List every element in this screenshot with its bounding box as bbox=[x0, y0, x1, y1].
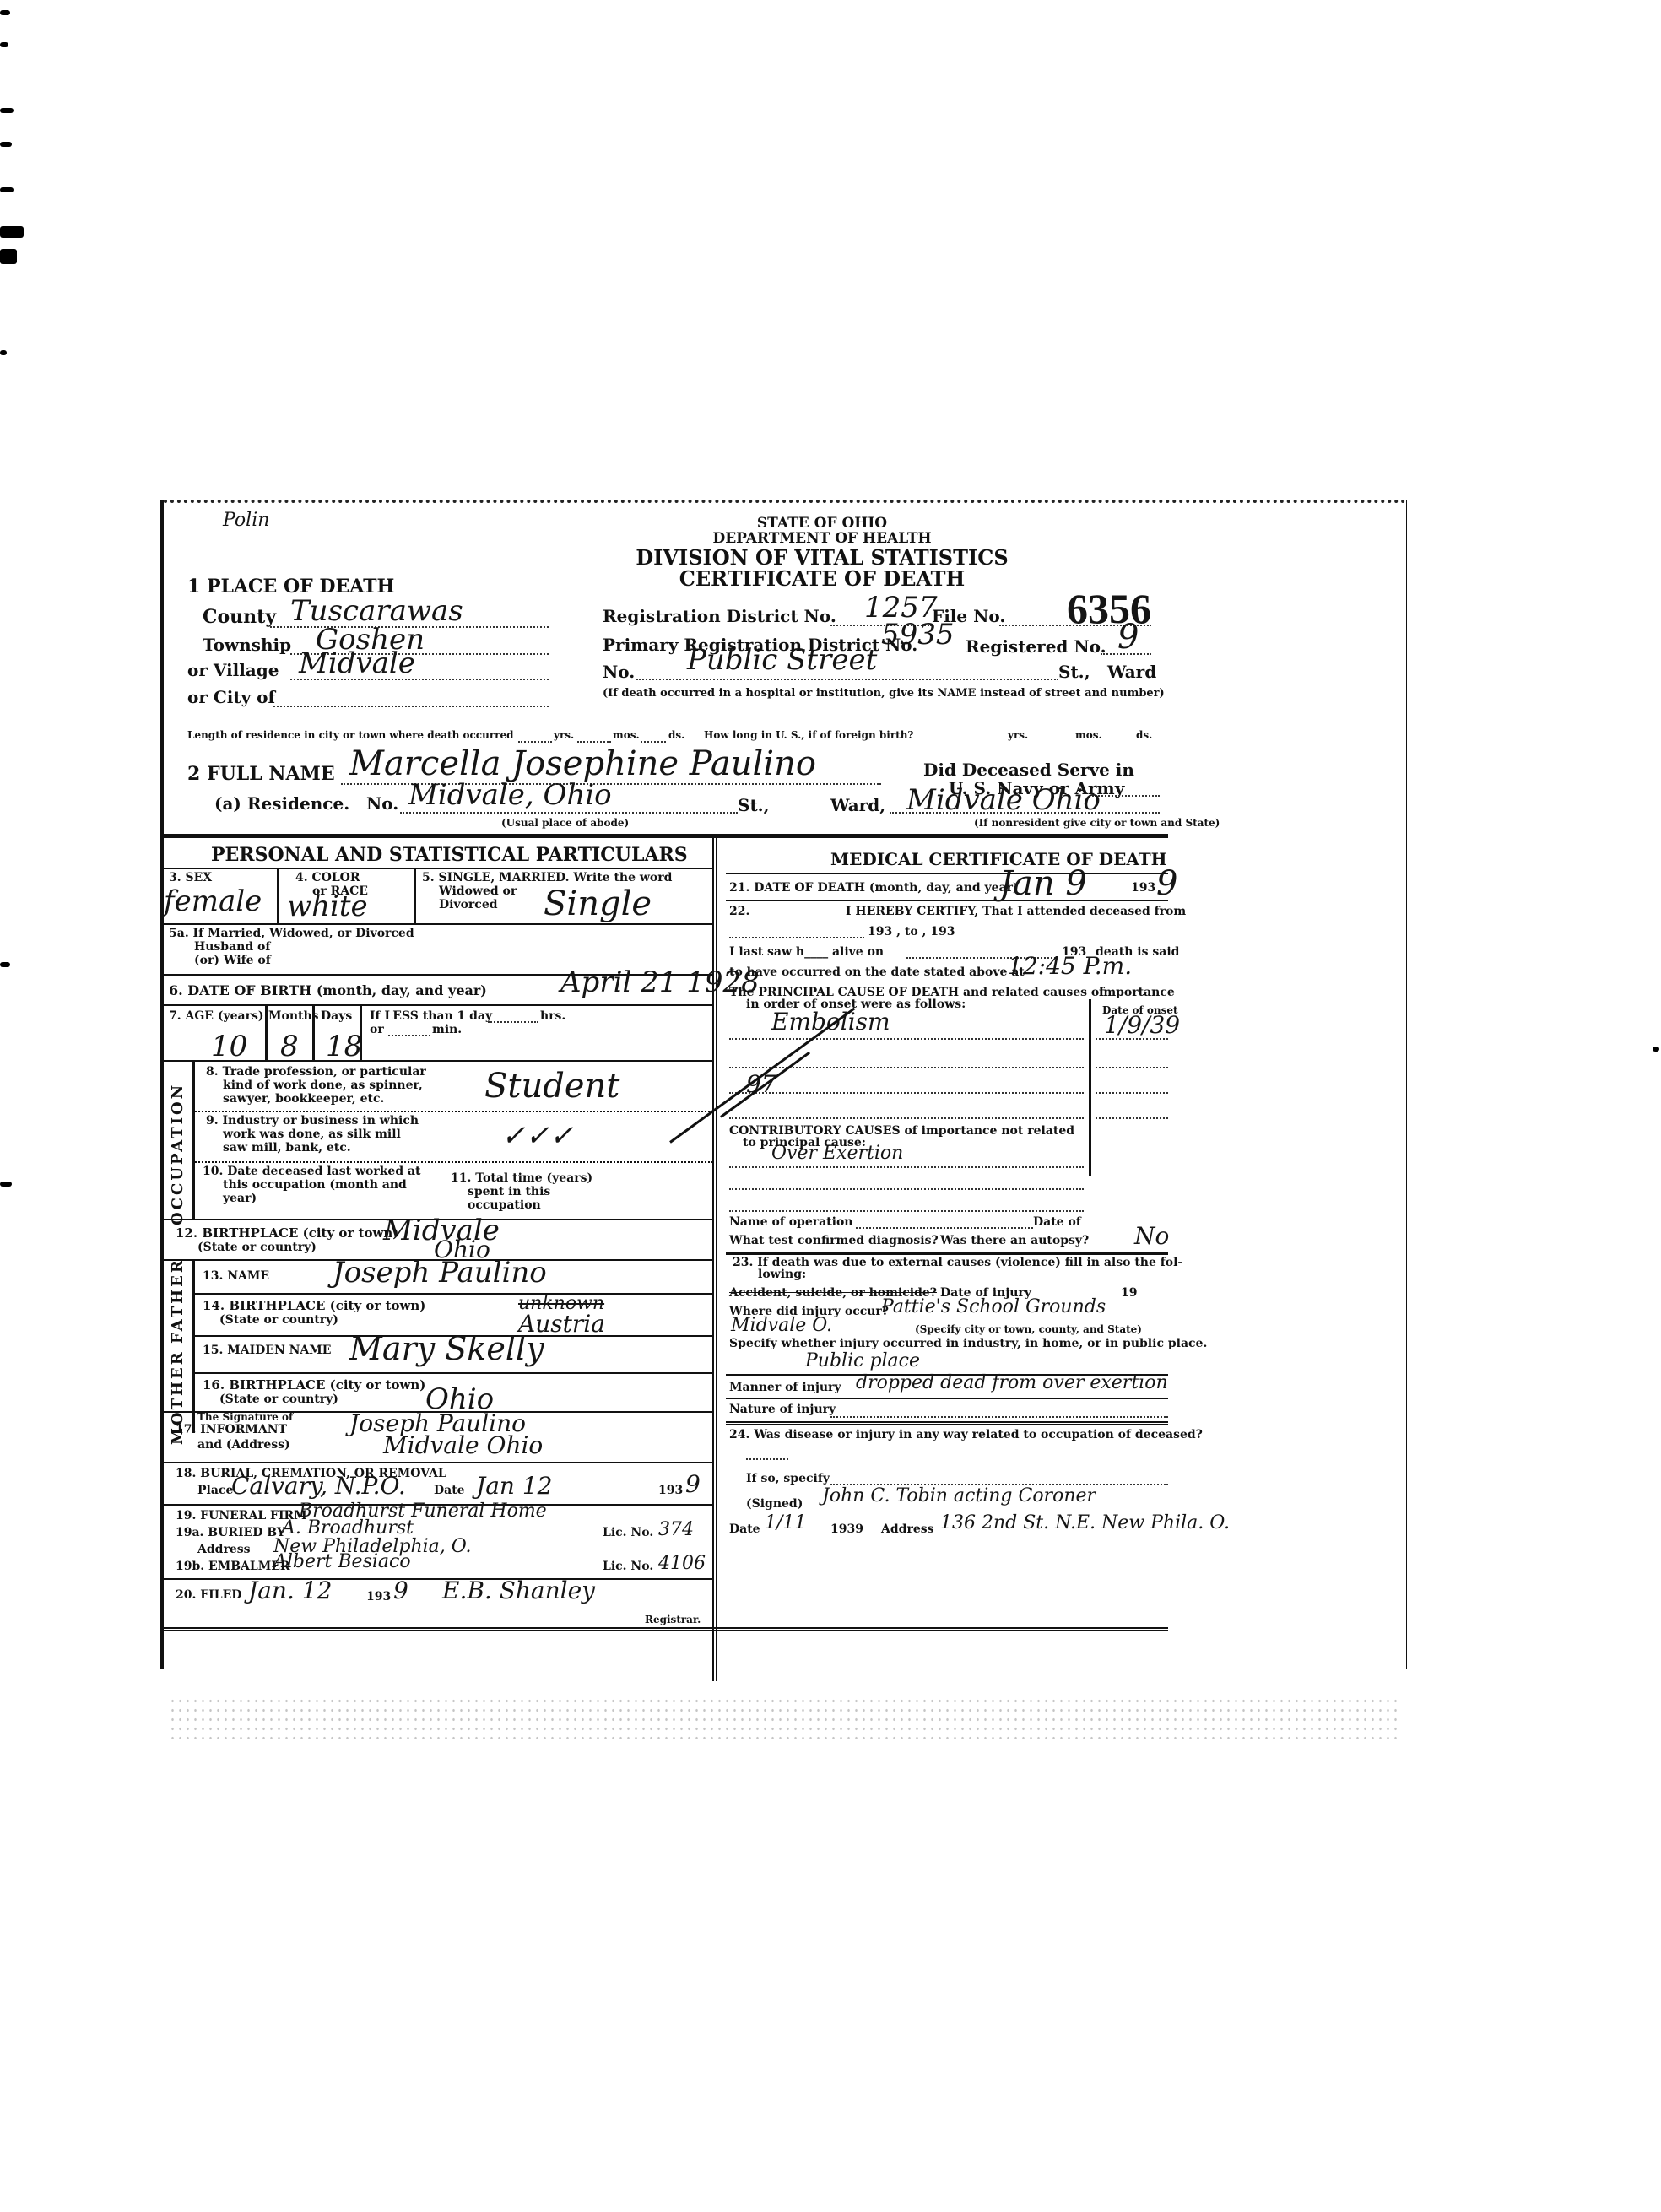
county-label: County bbox=[203, 606, 276, 628]
vrule bbox=[277, 868, 279, 923]
vrule bbox=[265, 1004, 268, 1060]
vrule bbox=[192, 1060, 195, 1220]
abode-note: (Usual place of abode) bbox=[501, 817, 629, 829]
street-no-label: No. bbox=[603, 662, 635, 682]
embalmer-lic-value: 4106 bbox=[658, 1553, 706, 1574]
if-so-label: If so, specify bbox=[746, 1472, 830, 1485]
medical-date-value: 1/11 bbox=[765, 1512, 806, 1533]
onset-value: 1/9/39 bbox=[1104, 1011, 1180, 1039]
burial-place-label: Place bbox=[197, 1484, 233, 1497]
autopsy-value: No bbox=[1134, 1222, 1169, 1250]
scan-mark bbox=[0, 962, 10, 967]
residence-no-label: No. bbox=[366, 793, 398, 814]
father-name-value: Joseph Paulino bbox=[333, 1256, 547, 1290]
vrule bbox=[192, 1259, 195, 1433]
scan-mark bbox=[0, 226, 24, 238]
certify-number: 22. bbox=[729, 905, 749, 918]
onset-line bbox=[1096, 1117, 1168, 1119]
onset-line bbox=[1096, 1067, 1168, 1068]
from-to-line: 193 , to , 193 bbox=[868, 925, 955, 938]
embalmer-value: Albert Besiaco bbox=[273, 1551, 411, 1572]
rule bbox=[192, 1161, 712, 1163]
mother-maiden-value: Mary Skelly bbox=[349, 1330, 544, 1367]
operation-date-label: Date of bbox=[1033, 1215, 1081, 1229]
last-worked-label-2: this occupation (month and bbox=[223, 1178, 407, 1192]
trade-label-3: sawyer, bookkeeper, etc. bbox=[223, 1092, 384, 1106]
where-value-2: Midvale O. bbox=[731, 1315, 832, 1336]
age-label: 7. AGE (years) bbox=[169, 1009, 263, 1023]
marital-label-3: Divorced bbox=[439, 898, 498, 911]
mother-maiden-label: 15. MAIDEN NAME bbox=[203, 1344, 331, 1357]
scan-mark bbox=[0, 142, 12, 147]
dod-value: Jan 9 bbox=[999, 864, 1087, 903]
buried-by-lic-label: Lic. No. bbox=[603, 1526, 653, 1539]
last-worked-label-3: year) bbox=[223, 1192, 257, 1205]
primary-reg-value: 5935 bbox=[881, 618, 955, 652]
trade-label-2: kind of work done, as spinner, bbox=[223, 1079, 423, 1092]
rule bbox=[164, 868, 712, 869]
foreign-ds-label: ds. bbox=[1136, 729, 1152, 741]
scan-mark bbox=[0, 10, 10, 15]
last-saw-label: I last saw h____ alive on bbox=[729, 945, 884, 959]
residence-length-label: Length of residence in city or town wher… bbox=[187, 729, 514, 741]
department-title: DEPARTMENT OF HEALTH bbox=[603, 532, 1042, 547]
manner-label: Manner of injury bbox=[729, 1381, 841, 1394]
trade-label-1: 8. Trade profession, or particular bbox=[206, 1065, 426, 1079]
scan-mark bbox=[0, 42, 8, 47]
occurred-label: to have occurred on the date stated abov… bbox=[729, 965, 1025, 979]
reg-district-label: Registration District No. bbox=[603, 606, 836, 626]
contributory-line bbox=[729, 1166, 1084, 1168]
military-label-1: Did Deceased Serve in bbox=[923, 760, 1134, 780]
onset-column-divider bbox=[1089, 999, 1091, 1176]
total-time-label-2: spent in this bbox=[468, 1185, 550, 1198]
medical-date-label: Date bbox=[729, 1522, 760, 1536]
registered-no-label: Registered No. bbox=[966, 636, 1106, 657]
residence-st-label: St., bbox=[738, 795, 770, 815]
burial-year-suffix: 9 bbox=[685, 1470, 701, 1498]
industry-label-3: saw mill, bank, etc. bbox=[223, 1141, 351, 1155]
importance-label: importance bbox=[1099, 986, 1175, 999]
sex-label: 3. SEX bbox=[169, 871, 212, 884]
burial-year-prefix: 193 bbox=[658, 1484, 683, 1497]
scan-mark bbox=[0, 350, 7, 355]
informant-address-value: Midvale Ohio bbox=[383, 1431, 543, 1459]
informant-label: 17. INFORMANT bbox=[176, 1423, 287, 1436]
foreign-birth-label: How long in U. S., if of foreign birth? bbox=[704, 729, 913, 741]
occupational-label: 24. Was disease or injury in any way rel… bbox=[729, 1428, 1203, 1441]
filed-date-value: Jan. 12 bbox=[248, 1577, 332, 1604]
certificate-header: STATE OF OHIO DEPARTMENT OF HEALTH DIVIS… bbox=[603, 516, 1042, 589]
burial-date-value: Jan 12 bbox=[476, 1472, 552, 1500]
injury-year-label: 19 bbox=[1121, 1286, 1137, 1300]
residence-line bbox=[400, 812, 738, 814]
residence-label: (a) Residence. bbox=[214, 793, 349, 814]
birthplace-label: 12. BIRTHPLACE (city or town) bbox=[176, 1225, 398, 1241]
marital-value: Single bbox=[544, 884, 652, 923]
rule bbox=[726, 900, 1168, 901]
signed-label: (Signed) bbox=[746, 1497, 803, 1511]
min-line bbox=[388, 1035, 430, 1036]
foreign-yrs-label: yrs. bbox=[1008, 729, 1028, 741]
occupation-side-label: OCCUPATION bbox=[169, 1083, 187, 1225]
manner-value: dropped dead from over exertion bbox=[856, 1372, 1168, 1393]
father-birthplace-state-label: (State or country) bbox=[219, 1313, 338, 1327]
contributory-line bbox=[729, 1188, 1084, 1190]
from-line bbox=[729, 937, 864, 938]
spouse-label-3: (or) Wife of bbox=[194, 954, 271, 967]
age-days-value: 18 bbox=[326, 1030, 362, 1063]
marital-label: 5. SINGLE, MARRIED. Write the word bbox=[422, 871, 672, 884]
residence-value: Midvale, Ohio bbox=[408, 778, 612, 812]
mother-birthplace-state-label: (State or country) bbox=[219, 1393, 338, 1406]
scan-mark bbox=[0, 108, 14, 113]
rule bbox=[164, 1462, 712, 1463]
rule bbox=[164, 1004, 712, 1006]
signed-value: John C. Tobin acting Coroner bbox=[822, 1485, 1096, 1506]
autopsy-label: Was there an autopsy? bbox=[940, 1234, 1089, 1247]
hrs-line bbox=[488, 1021, 538, 1023]
occupational-line bbox=[746, 1458, 788, 1460]
pen-stroke bbox=[669, 1008, 855, 1144]
nature-label: Nature of injury bbox=[729, 1403, 836, 1416]
onset-line bbox=[1096, 1092, 1168, 1094]
division-title: DIVISION OF VITAL STATISTICS bbox=[603, 547, 1042, 568]
dob-label: 6. DATE OF BIRTH (month, day, and year) bbox=[169, 982, 487, 998]
external-label-2: lowing: bbox=[758, 1268, 806, 1281]
top-border bbox=[164, 500, 1406, 503]
registered-no-value: 9 bbox=[1117, 618, 1139, 657]
nature-line bbox=[830, 1416, 1168, 1418]
rule bbox=[164, 923, 712, 925]
onset-line bbox=[1096, 1038, 1168, 1040]
contributory-value: Over Exertion bbox=[771, 1143, 903, 1164]
rule bbox=[192, 1372, 712, 1374]
less-than-day-label: If LESS than 1 day bbox=[370, 1009, 492, 1023]
dod-year-prefix: 193 bbox=[1131, 881, 1155, 895]
ward-label: Ward bbox=[1107, 662, 1156, 682]
contributory-line bbox=[729, 1210, 1084, 1212]
medical-address-value: 136 2nd St. N.E. New Phila. O. bbox=[940, 1512, 1230, 1533]
buried-by-lic-value: 374 bbox=[658, 1519, 694, 1540]
nonresident-note: (If nonresident give city or town and St… bbox=[974, 817, 1220, 829]
vrule bbox=[414, 868, 416, 923]
dod-label: 21. DATE OF DEATH (month, day, and year) bbox=[729, 881, 1019, 895]
last-worked-label-1: 10. Date deceased last worked at bbox=[203, 1165, 421, 1178]
min-label: min. bbox=[432, 1023, 462, 1036]
certify-label: I HEREBY CERTIFY, That I attended deceas… bbox=[846, 905, 1186, 918]
hrs-label: hrs. bbox=[540, 1009, 565, 1023]
total-time-label-1: 11. Total time (years) bbox=[451, 1171, 592, 1185]
full-name-label: 2 FULL NAME bbox=[187, 763, 335, 785]
residence-mos-label: mos. bbox=[613, 729, 640, 741]
sex-value: female bbox=[164, 884, 262, 918]
industry-label-1: 9. Industry or business in which bbox=[206, 1114, 419, 1128]
total-time-label-3: occupation bbox=[468, 1198, 541, 1212]
street-value: Public Street bbox=[687, 643, 877, 677]
where-value: Pattie's School Grounds bbox=[881, 1296, 1106, 1317]
operation-line bbox=[856, 1227, 1033, 1229]
buried-by-label: 19a. BURIED BY bbox=[176, 1526, 285, 1539]
color-value: white bbox=[287, 890, 368, 923]
rule bbox=[164, 1060, 712, 1062]
registrar-value: E.B. Shanley bbox=[442, 1577, 595, 1604]
vrule bbox=[312, 1004, 315, 1060]
test-label: What test confirmed diagnosis? bbox=[729, 1234, 939, 1247]
cause-line bbox=[729, 1117, 1084, 1119]
scan-mark bbox=[0, 249, 17, 264]
filed-year-prefix: 193 bbox=[366, 1590, 391, 1604]
father-side-label: FATHER bbox=[169, 1257, 187, 1344]
color-label: 4. COLOR bbox=[295, 871, 360, 884]
days-label: Days bbox=[321, 1009, 352, 1023]
scan-mark bbox=[1653, 1047, 1659, 1052]
time-of-death-value: 12:45 P.m. bbox=[1008, 952, 1132, 980]
residence-ds-line bbox=[641, 741, 666, 743]
scan-noise bbox=[169, 1696, 1401, 1739]
embalmer-lic-label: Lic. No. bbox=[603, 1560, 653, 1573]
marital-label-2: Widowed or bbox=[439, 884, 517, 898]
rule bbox=[192, 1293, 712, 1295]
st-label: St., bbox=[1058, 662, 1090, 682]
medical-date-year: 1939 bbox=[830, 1522, 863, 1536]
residence-ward-value: Midvale Ohio bbox=[906, 783, 1101, 817]
cause-value: Embolism bbox=[771, 1008, 890, 1036]
months-label: Months bbox=[268, 1009, 319, 1023]
specify-place-label: Specify whether injury occurred in indus… bbox=[729, 1337, 1207, 1350]
rule bbox=[726, 873, 1168, 874]
birthplace-state-label: (State or country) bbox=[197, 1241, 317, 1254]
trade-value: Student bbox=[484, 1067, 619, 1106]
foreign-mos-label: mos. bbox=[1075, 729, 1102, 741]
section-divider bbox=[164, 834, 1168, 838]
corner-note: Polin bbox=[223, 510, 269, 531]
filed-year-suffix: 9 bbox=[393, 1577, 408, 1604]
where-note: (Specify city or town, county, and State… bbox=[915, 1323, 1142, 1335]
industry-value: ✓✓✓ bbox=[501, 1119, 573, 1153]
filed-label: 20. FILED bbox=[176, 1588, 241, 1602]
rule bbox=[726, 1421, 1168, 1425]
rule bbox=[192, 1111, 712, 1112]
scan-mark bbox=[0, 187, 14, 192]
rule bbox=[164, 1578, 712, 1580]
medical-address-label: Address bbox=[881, 1522, 934, 1536]
rule bbox=[726, 1398, 1168, 1399]
burial-place-value: Calvary, N.P.O. bbox=[231, 1472, 406, 1500]
pen-stroke bbox=[720, 1052, 810, 1118]
industry-label-2: work was done, as silk mill bbox=[223, 1128, 401, 1141]
age-months-value: 8 bbox=[280, 1030, 299, 1063]
registrar-label: Registrar. bbox=[645, 1614, 701, 1625]
cause-line bbox=[729, 1067, 1084, 1068]
scan-mark bbox=[0, 1182, 12, 1187]
village-label: or Village bbox=[187, 660, 279, 680]
mother-birthplace-label: 16. BIRTHPLACE (city or town) bbox=[203, 1377, 425, 1393]
min-prefix-label: or bbox=[370, 1023, 384, 1036]
residence-yrs-label: yrs. bbox=[554, 729, 574, 741]
township-label: Township bbox=[203, 635, 291, 655]
cause-line bbox=[729, 1038, 1084, 1040]
bottom-border bbox=[164, 1627, 1168, 1631]
city-label: or City of bbox=[187, 687, 275, 707]
column-divider bbox=[712, 837, 717, 1681]
military-line bbox=[1092, 795, 1160, 797]
residence-ds-label: ds. bbox=[668, 729, 684, 741]
funeral-address-label: Address bbox=[197, 1543, 251, 1556]
residence-ward-label: Ward, bbox=[830, 795, 885, 815]
cause-line bbox=[729, 1092, 1084, 1094]
place-type-value: Public place bbox=[805, 1350, 920, 1371]
father-name-label: 13. NAME bbox=[203, 1269, 269, 1283]
informant-sig-label: The Signature of bbox=[197, 1411, 293, 1423]
vrule bbox=[360, 1004, 362, 1060]
informant-address-label: and (Address) bbox=[197, 1438, 290, 1452]
residence-mos-line bbox=[577, 741, 611, 743]
death-certificate-form: Polin STATE OF OHIO DEPARTMENT OF HEALTH… bbox=[160, 500, 1409, 1669]
village-value: Midvale bbox=[299, 646, 415, 680]
burial-date-label: Date bbox=[434, 1484, 465, 1497]
rule bbox=[726, 1252, 1168, 1255]
operation-label: Name of operation bbox=[729, 1215, 852, 1229]
age-years-value: 10 bbox=[211, 1030, 247, 1063]
spouse-label-2: Husband of bbox=[194, 940, 270, 954]
residence-yrs-line bbox=[518, 741, 552, 743]
personal-section-title: PERSONAL AND STATISTICAL PARTICULARS bbox=[211, 844, 688, 866]
certificate-title: CERTIFICATE OF DEATH bbox=[603, 568, 1042, 589]
father-birthplace-label: 14. BIRTHPLACE (city or town) bbox=[203, 1298, 425, 1313]
street-line bbox=[636, 679, 1058, 680]
city-line bbox=[273, 706, 549, 707]
spouse-label-1: 5a. If Married, Widowed, or Divorced bbox=[169, 927, 414, 940]
dod-year-suffix: 9 bbox=[1156, 864, 1177, 903]
hospital-note: (If death occurred in a hospital or inst… bbox=[603, 687, 1165, 700]
